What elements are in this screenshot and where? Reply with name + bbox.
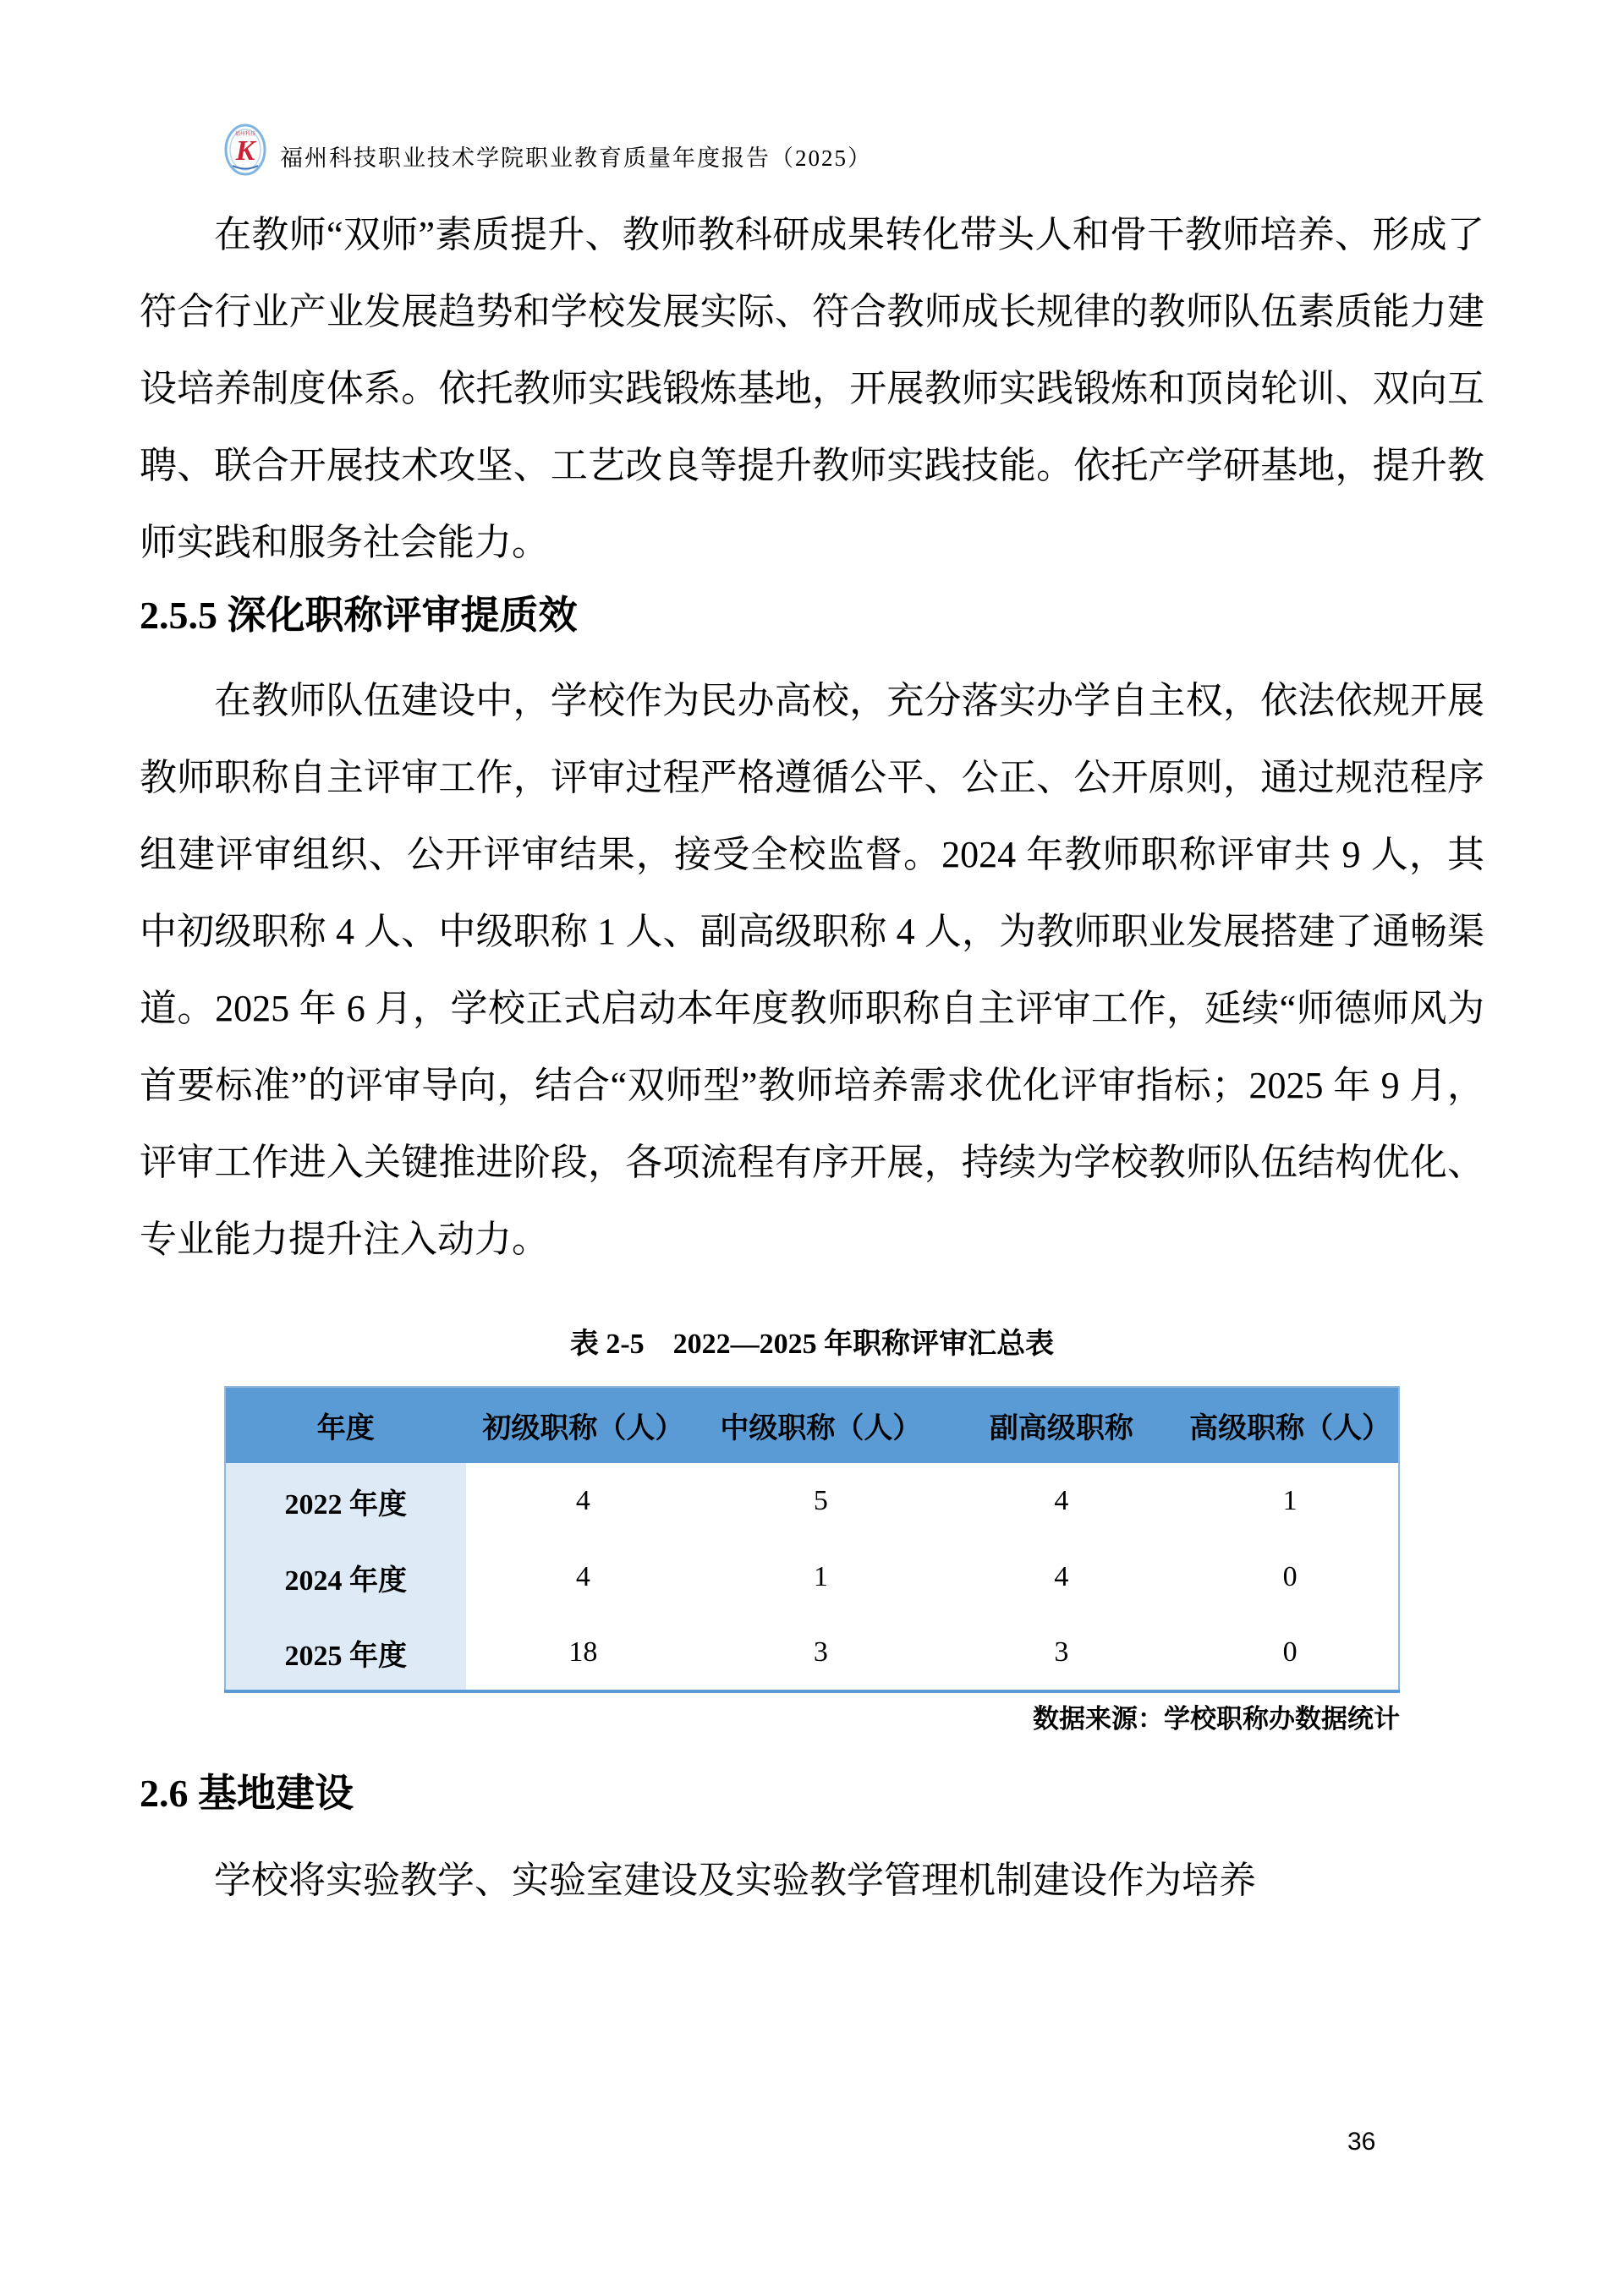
table-cell: 0 xyxy=(1182,1615,1399,1691)
table-cell: 4 xyxy=(466,1463,701,1539)
heading-2-6: 2.6 基地建设 xyxy=(140,1767,1484,1820)
table-row-header: 2025 年度 xyxy=(225,1615,466,1691)
table-cell: 3 xyxy=(941,1615,1182,1691)
table-cell: 1 xyxy=(1182,1463,1399,1539)
logo-letter: K xyxy=(235,135,257,167)
table-cell: 3 xyxy=(700,1615,941,1691)
table-col-header: 副高级职称 xyxy=(941,1387,1182,1463)
heading-2-5-5: 2.5.5 深化职称评审提质效 xyxy=(140,589,1484,642)
paragraph-teacher-cultivation: 在教师“双师”素质提升、教师教科研成果转化带头人和骨干教师培养、形成了符合行业产… xyxy=(140,196,1484,581)
table-row-header: 2024 年度 xyxy=(225,1539,466,1615)
table-col-header: 高级职称（人） xyxy=(1182,1387,1399,1463)
table-cell: 5 xyxy=(700,1463,941,1539)
table-cell: 4 xyxy=(941,1463,1182,1539)
header-title: 福州科技职业技术学院职业教育质量年度报告（2025） xyxy=(280,140,872,176)
table-row: 2022 年度4541 xyxy=(225,1463,1399,1539)
paragraph-title-review: 在教师队伍建设中，学校作为民办高校，充分落实办学自主权，依法依规开展教师职称自主… xyxy=(140,662,1484,1278)
table-cell: 0 xyxy=(1182,1539,1399,1615)
table-col-header: 年度 xyxy=(225,1387,466,1463)
table-row-header: 2022 年度 xyxy=(225,1463,466,1539)
table-row: 2024 年度4140 xyxy=(225,1539,1399,1615)
table-col-header: 初级职称（人） xyxy=(466,1387,701,1463)
title-review-summary-table: 年度初级职称（人）中级职称（人）副高级职称高级职称（人） 2022 年度4541… xyxy=(224,1386,1400,1693)
page-header: 福州科技 K 福州科技职业技术学院职业教育质量年度报告（2025） xyxy=(224,108,1484,176)
document-page: 福州科技 K 福州科技职业技术学院职业教育质量年度报告（2025） 在教师“双师… xyxy=(0,0,1624,1919)
table-cell: 18 xyxy=(466,1615,701,1691)
table-row: 2025 年度18330 xyxy=(225,1615,1399,1691)
table-cell: 1 xyxy=(700,1539,941,1615)
school-logo-icon: 福州科技 K xyxy=(224,123,266,176)
paragraph-base-construction: 学校将实验教学、实验室建设及实验教学管理机制建设作为培养 xyxy=(140,1842,1484,1919)
table-wrapper: 年度初级职称（人）中级职称（人）副高级职称高级职称（人） 2022 年度4541… xyxy=(224,1386,1400,1693)
table-caption: 表 2-5 2022—2025 年职称评审汇总表 xyxy=(140,1325,1484,1364)
data-source-note: 数据来源：学校职称办数据统计 xyxy=(224,1701,1400,1737)
table-col-header: 中级职称（人） xyxy=(700,1387,941,1463)
table-cell: 4 xyxy=(466,1539,701,1615)
table-header-row: 年度初级职称（人）中级职称（人）副高级职称高级职称（人） xyxy=(225,1387,1399,1463)
table-cell: 4 xyxy=(941,1539,1182,1615)
page-number: 36 xyxy=(1347,2128,1375,2156)
